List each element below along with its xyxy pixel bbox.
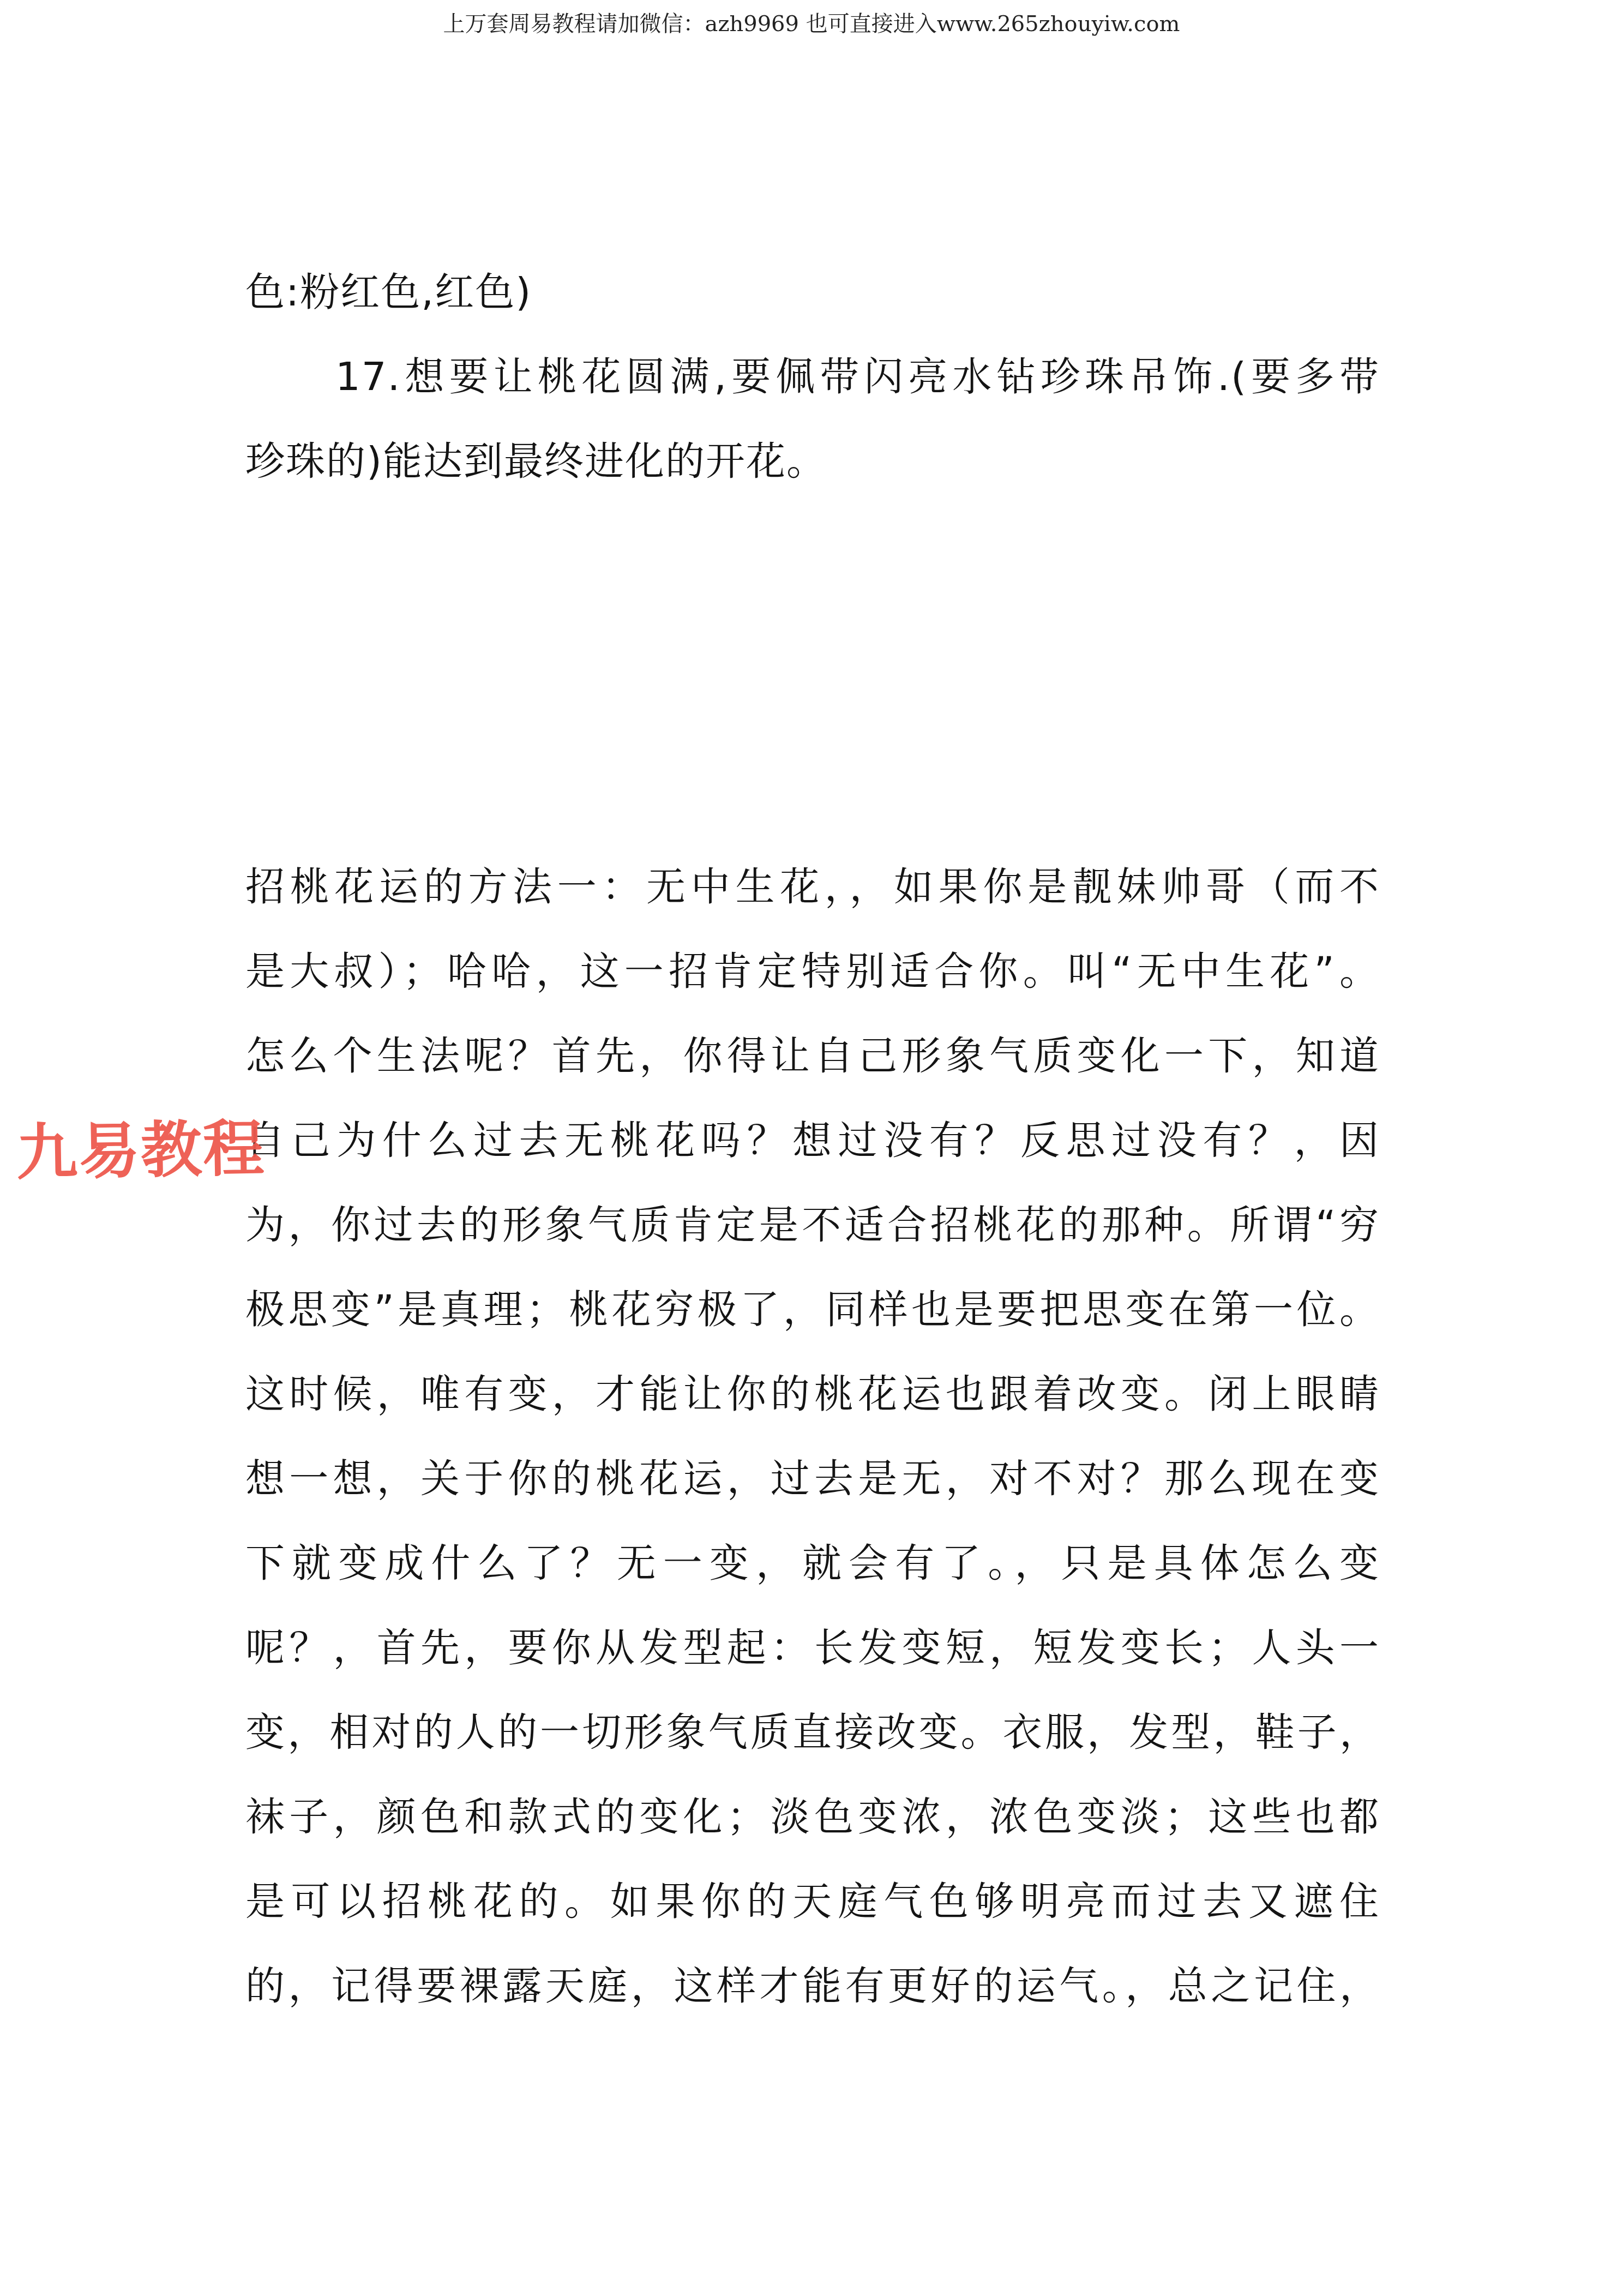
header-banner: 上万套周易教程请加微信：azh9969 也可直接进入www.265zhouyiw… [0, 8, 1623, 40]
text-line: 色:粉红色,红色) [245, 265, 532, 319]
text-line-numbered-item-17: 17.想要让桃花圆满,要佩带闪亮水钻珍珠吊饰.(要多带 [245, 349, 1380, 404]
text-line: 下就变成什么了？无一变，就会有了。，只是具体怎么变 [245, 1536, 1380, 1590]
text-line: 极思变”是真理；桃花穷极了，同样也是要把思变在第一位。 [245, 1282, 1380, 1336]
text-line: 怎么个生法呢？首先，你得让自己形象气质变化一下，知道 [245, 1028, 1380, 1083]
text-line: 珍珠的)能达到最终进化的开花。 [245, 434, 827, 488]
text-line: 招桃花运的方法一：无中生花，，如果你是靓妹帅哥（而不 [245, 859, 1380, 914]
text-line: 想一想，关于你的桃花运，过去是无，对不对？那么现在变 [245, 1451, 1380, 1506]
text-line: 呢？，首先，要你从发型起：长发变短，短发变长；人头一 [245, 1620, 1380, 1675]
text-line: 袜子，颜色和款式的变化；淡色变浓，浓色变淡；这些也都 [245, 1789, 1380, 1844]
text-line: 是大叔）；哈哈，这一招肯定特别适合你。叫“无中生花”。 [245, 944, 1380, 998]
text-line: 自己为什么过去无桃花吗？想过没有？反思过没有？，因 [245, 1113, 1380, 1167]
text-line: 为，你过去的形象气质肯定是不适合招桃花的那种。所谓“穷 [245, 1197, 1380, 1252]
text-line: 是可以招桃花的。如果你的天庭气色够明亮而过去又遮住 [245, 1874, 1380, 1928]
watermark-logo: 九易教程 [16, 1111, 266, 1191]
text-line: 变，相对的人的一切形象气质直接改变。衣服，发型，鞋子， [245, 1705, 1380, 1759]
text-line: 的，记得要裸露天庭，这样才能有更好的运气。，总之记住， [245, 1958, 1380, 2013]
text-line: 这时候，唯有变，才能让你的桃花运也跟着改变。闭上眼睛 [245, 1366, 1380, 1421]
